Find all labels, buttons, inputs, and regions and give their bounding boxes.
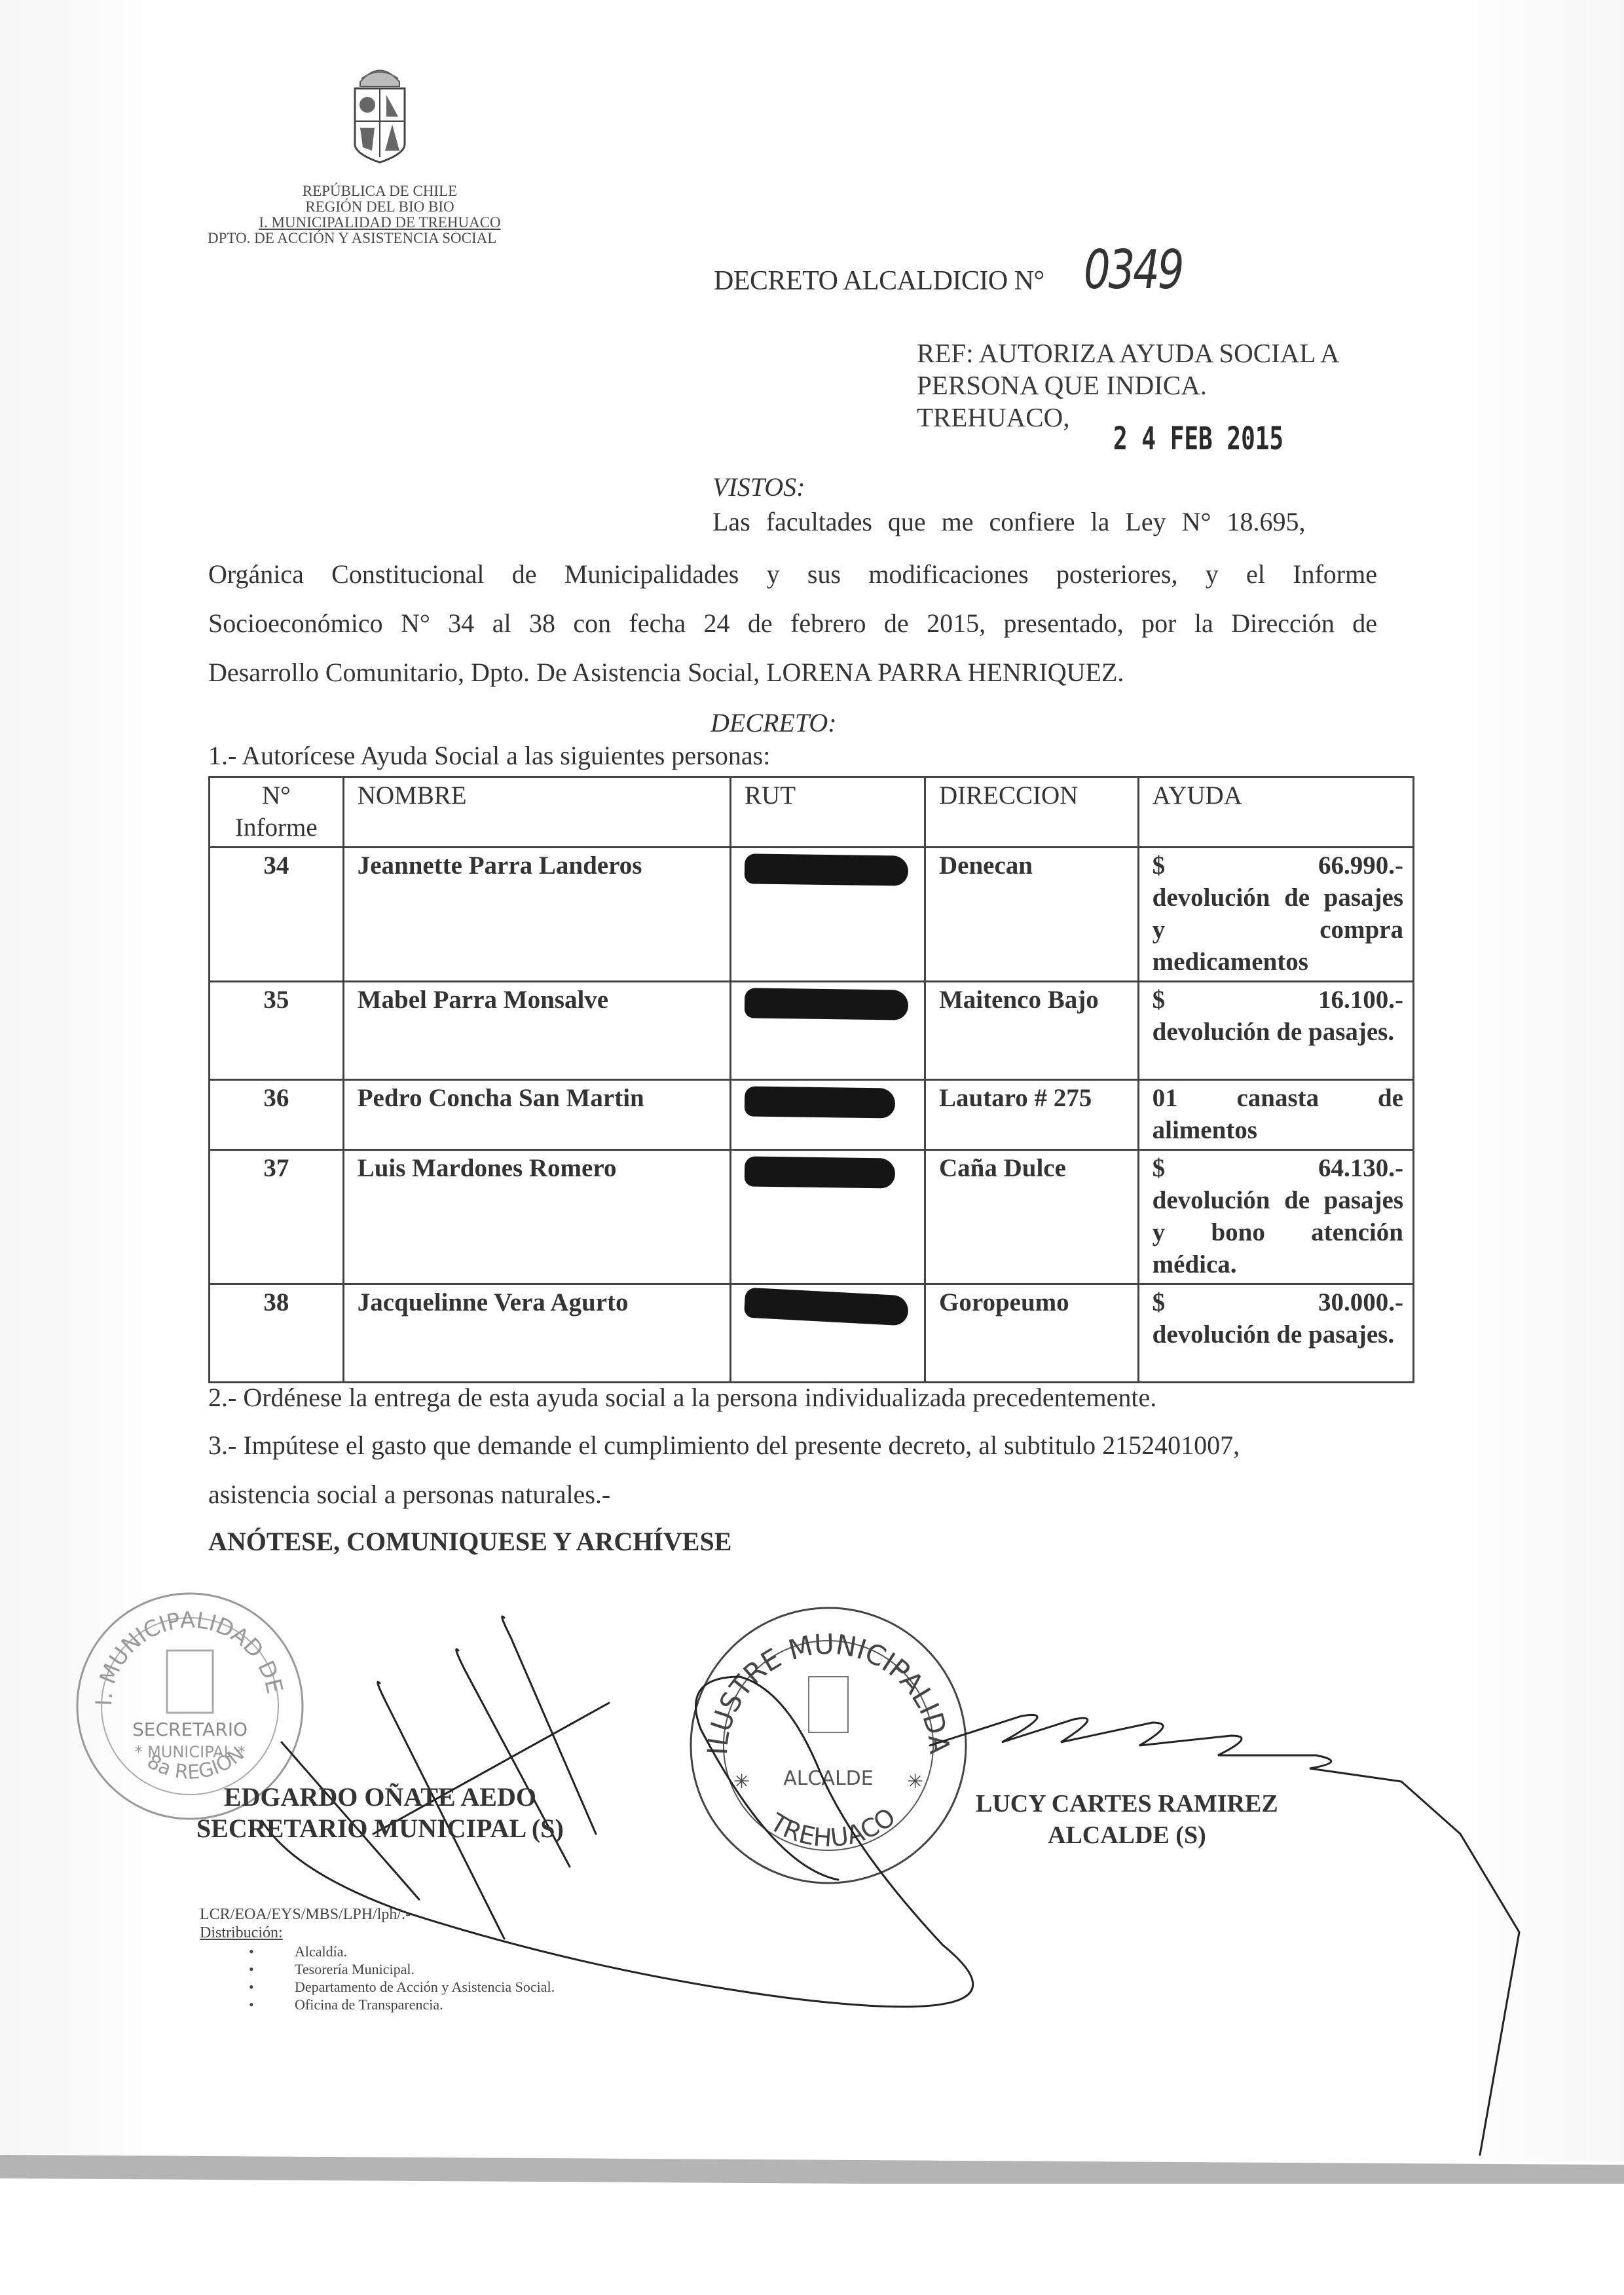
- svg-text:ALCALDE: ALCALDE: [783, 1767, 873, 1790]
- letterhead-department: DPTO. DE ACCIÓN Y ASISTENCIA SOCIAL: [208, 231, 550, 246]
- svg-text:* MUNICIPAL *: * MUNICIPAL *: [134, 1743, 245, 1761]
- cell-rut: [731, 982, 925, 1080]
- closing-formula: ANÓTESE, COMUNIQUESE Y ARCHÍVESE: [208, 1526, 731, 1557]
- header-informe-number: N° Informe: [210, 777, 344, 848]
- header-direccion: DIRECCION: [925, 777, 1139, 848]
- cell-nombre: Pedro Concha San Martin: [343, 1080, 730, 1150]
- distribution-item: Tesorería Municipal.: [249, 1960, 555, 1978]
- vistos-last-line: Desarrollo Comunitario, Dpto. De Asisten…: [208, 657, 1124, 688]
- header-ayuda: AYUDA: [1138, 777, 1413, 848]
- distribution-item: Alcaldía.: [249, 1943, 555, 1960]
- letterhead: REPÚBLICA DE CHILE REGIÓN DEL BIO BIO I.…: [210, 183, 550, 246]
- decree-item-3: 3.- Impútese el gasto que demande el cum…: [208, 1430, 1240, 1461]
- letterhead-municipality: I. MUNICIPALIDAD DE TREHUACO: [210, 215, 550, 231]
- secretary-name: EDGARDO OÑATE AEDO: [196, 1782, 564, 1813]
- table-row: 36 Pedro Concha San Martin Lautaro # 275…: [210, 1080, 1414, 1150]
- secretary-signature-block: EDGARDO OÑATE AEDO SECRETARIO MUNICIPAL …: [196, 1782, 564, 1844]
- cell-ayuda: $16.100.- devolución de pasajes.: [1138, 982, 1413, 1080]
- cell-direccion: Goropeumo: [925, 1284, 1139, 1383]
- cell-ayuda: 01 canasta de alimentos: [1138, 1080, 1413, 1150]
- cell-informe-number: 36: [210, 1080, 344, 1150]
- reference-initials: LCR/EOA/EYS/MBS/LPH/lph/.-: [200, 1906, 411, 1924]
- redaction-mark: [745, 853, 909, 886]
- cell-informe-number: 34: [210, 848, 344, 982]
- mayor-signature-block: LUCY CARTES RAMIREZ ALCALDE (S): [976, 1788, 1278, 1851]
- mayor-seal-icon: ILUSTRE MUNICIPALIDAD TREHUACO ALCALDE ✳…: [681, 1598, 976, 1893]
- cell-direccion: Maitenco Bajo: [925, 982, 1139, 1080]
- distribution-label: Distribución:: [200, 1924, 283, 1942]
- aid-table: N° Informe NOMBRE RUT DIRECCION AYUDA 34…: [208, 776, 1414, 1383]
- cell-nombre: Jacquelinne Vera Agurto: [343, 1284, 730, 1383]
- cell-rut: [731, 1284, 925, 1383]
- scanner-blank-margin: [0, 2184, 1624, 2295]
- redaction-mark: [745, 1086, 896, 1118]
- table-row: 34 Jeannette Parra Landeros Denecan $66.…: [210, 848, 1414, 982]
- header-rut: RUT: [731, 777, 925, 848]
- cell-nombre: Luis Mardones Romero: [343, 1150, 730, 1284]
- letterhead-region: REGIÓN DEL BIO BIO: [210, 199, 550, 215]
- cell-ayuda: $66.990.- devolución de pasajes y compra…: [1138, 848, 1413, 982]
- svg-text:✳: ✳: [733, 1771, 750, 1793]
- decree-title: DECRETO ALCALDICIO N°: [714, 265, 1044, 297]
- letterhead-country: REPÚBLICA DE CHILE: [210, 183, 550, 199]
- decree-number-handwritten: 0349: [1084, 239, 1182, 301]
- table-row: 37 Luis Mardones Romero Caña Dulce $64.1…: [210, 1150, 1414, 1284]
- secretary-title: SECRETARIO MUNICIPAL (S): [196, 1813, 564, 1844]
- svg-text:I. MUNICIPALIDAD DE TREHUACO: I. MUNICIPALIDAD DE TREHUACO: [72, 1588, 289, 1706]
- svg-text:SECRETARIO: SECRETARIO: [132, 1719, 248, 1740]
- distribution-item: Oficina de Transparencia.: [249, 1996, 555, 2013]
- decree-item-3-continued: asistencia social a personas naturales.-: [208, 1479, 610, 1510]
- table-row: 35 Mabel Parra Monsalve Maitenco Bajo $1…: [210, 982, 1414, 1080]
- date-stamp: 2 4 FEB 2015: [1113, 420, 1283, 457]
- distribution-item: Departamento de Acción y Asistencia Soci…: [249, 1978, 555, 1996]
- cell-rut: [731, 848, 925, 982]
- svg-text:✳: ✳: [907, 1771, 923, 1793]
- cell-rut: [731, 1150, 925, 1284]
- cell-informe-number: 38: [210, 1284, 344, 1383]
- ref-line-1: REF: AUTORIZA AYUDA SOCIAL A: [917, 337, 1340, 369]
- vistos-heading: VISTOS:: [712, 472, 805, 502]
- cell-informe-number: 37: [210, 1150, 344, 1284]
- table-row: 38 Jacquelinne Vera Agurto Goropeumo $30…: [210, 1284, 1414, 1383]
- vistos-first-line: Las facultades que me confiere la Ley N°…: [712, 506, 1305, 537]
- mayor-name: LUCY CARTES RAMIREZ: [976, 1788, 1278, 1819]
- cell-direccion: Denecan: [925, 848, 1139, 982]
- mayor-title: ALCALDE (S): [976, 1819, 1278, 1851]
- svg-text:TREHUACO: TREHUACO: [765, 1802, 901, 1853]
- cell-direccion: Caña Dulce: [925, 1150, 1139, 1284]
- decree-reference: REF: AUTORIZA AYUDA SOCIAL A PERSONA QUE…: [917, 337, 1340, 434]
- cell-ayuda: $64.130.- devolución de pasajes y bono a…: [1138, 1150, 1413, 1284]
- ref-line-2: PERSONA QUE INDICA.: [917, 369, 1340, 401]
- header-nombre: NOMBRE: [343, 777, 730, 848]
- table-header-row: N° Informe NOMBRE RUT DIRECCION AYUDA: [210, 777, 1414, 848]
- distribution-list: Alcaldía. Tesorería Municipal. Departame…: [249, 1943, 555, 2013]
- coat-of-arms-icon: [347, 59, 413, 164]
- cell-nombre: Jeannette Parra Landeros: [343, 848, 730, 982]
- redaction-mark: [745, 1156, 896, 1188]
- redaction-mark: [744, 1287, 909, 1326]
- cell-rut: [731, 1080, 925, 1150]
- vistos-line: Orgánica Constitucional de Municipalidad…: [208, 559, 1377, 589]
- decreto-heading: DECRETO:: [710, 707, 837, 738]
- redaction-mark: [745, 988, 909, 1020]
- decree-item-1: 1.- Autorícese Ayuda Social a las siguie…: [208, 740, 770, 771]
- cell-informe-number: 35: [210, 982, 344, 1080]
- cell-nombre: Mabel Parra Monsalve: [343, 982, 730, 1080]
- decree-item-2: 2.- Ordénese la entrega de esta ayuda so…: [208, 1382, 1156, 1413]
- vistos-line: Socioeconómico N° 34 al 38 con fecha 24 …: [208, 608, 1377, 639]
- cell-ayuda: $30.000.- devolución de pasajes.: [1138, 1284, 1413, 1383]
- cell-direccion: Lautaro # 275: [925, 1080, 1139, 1150]
